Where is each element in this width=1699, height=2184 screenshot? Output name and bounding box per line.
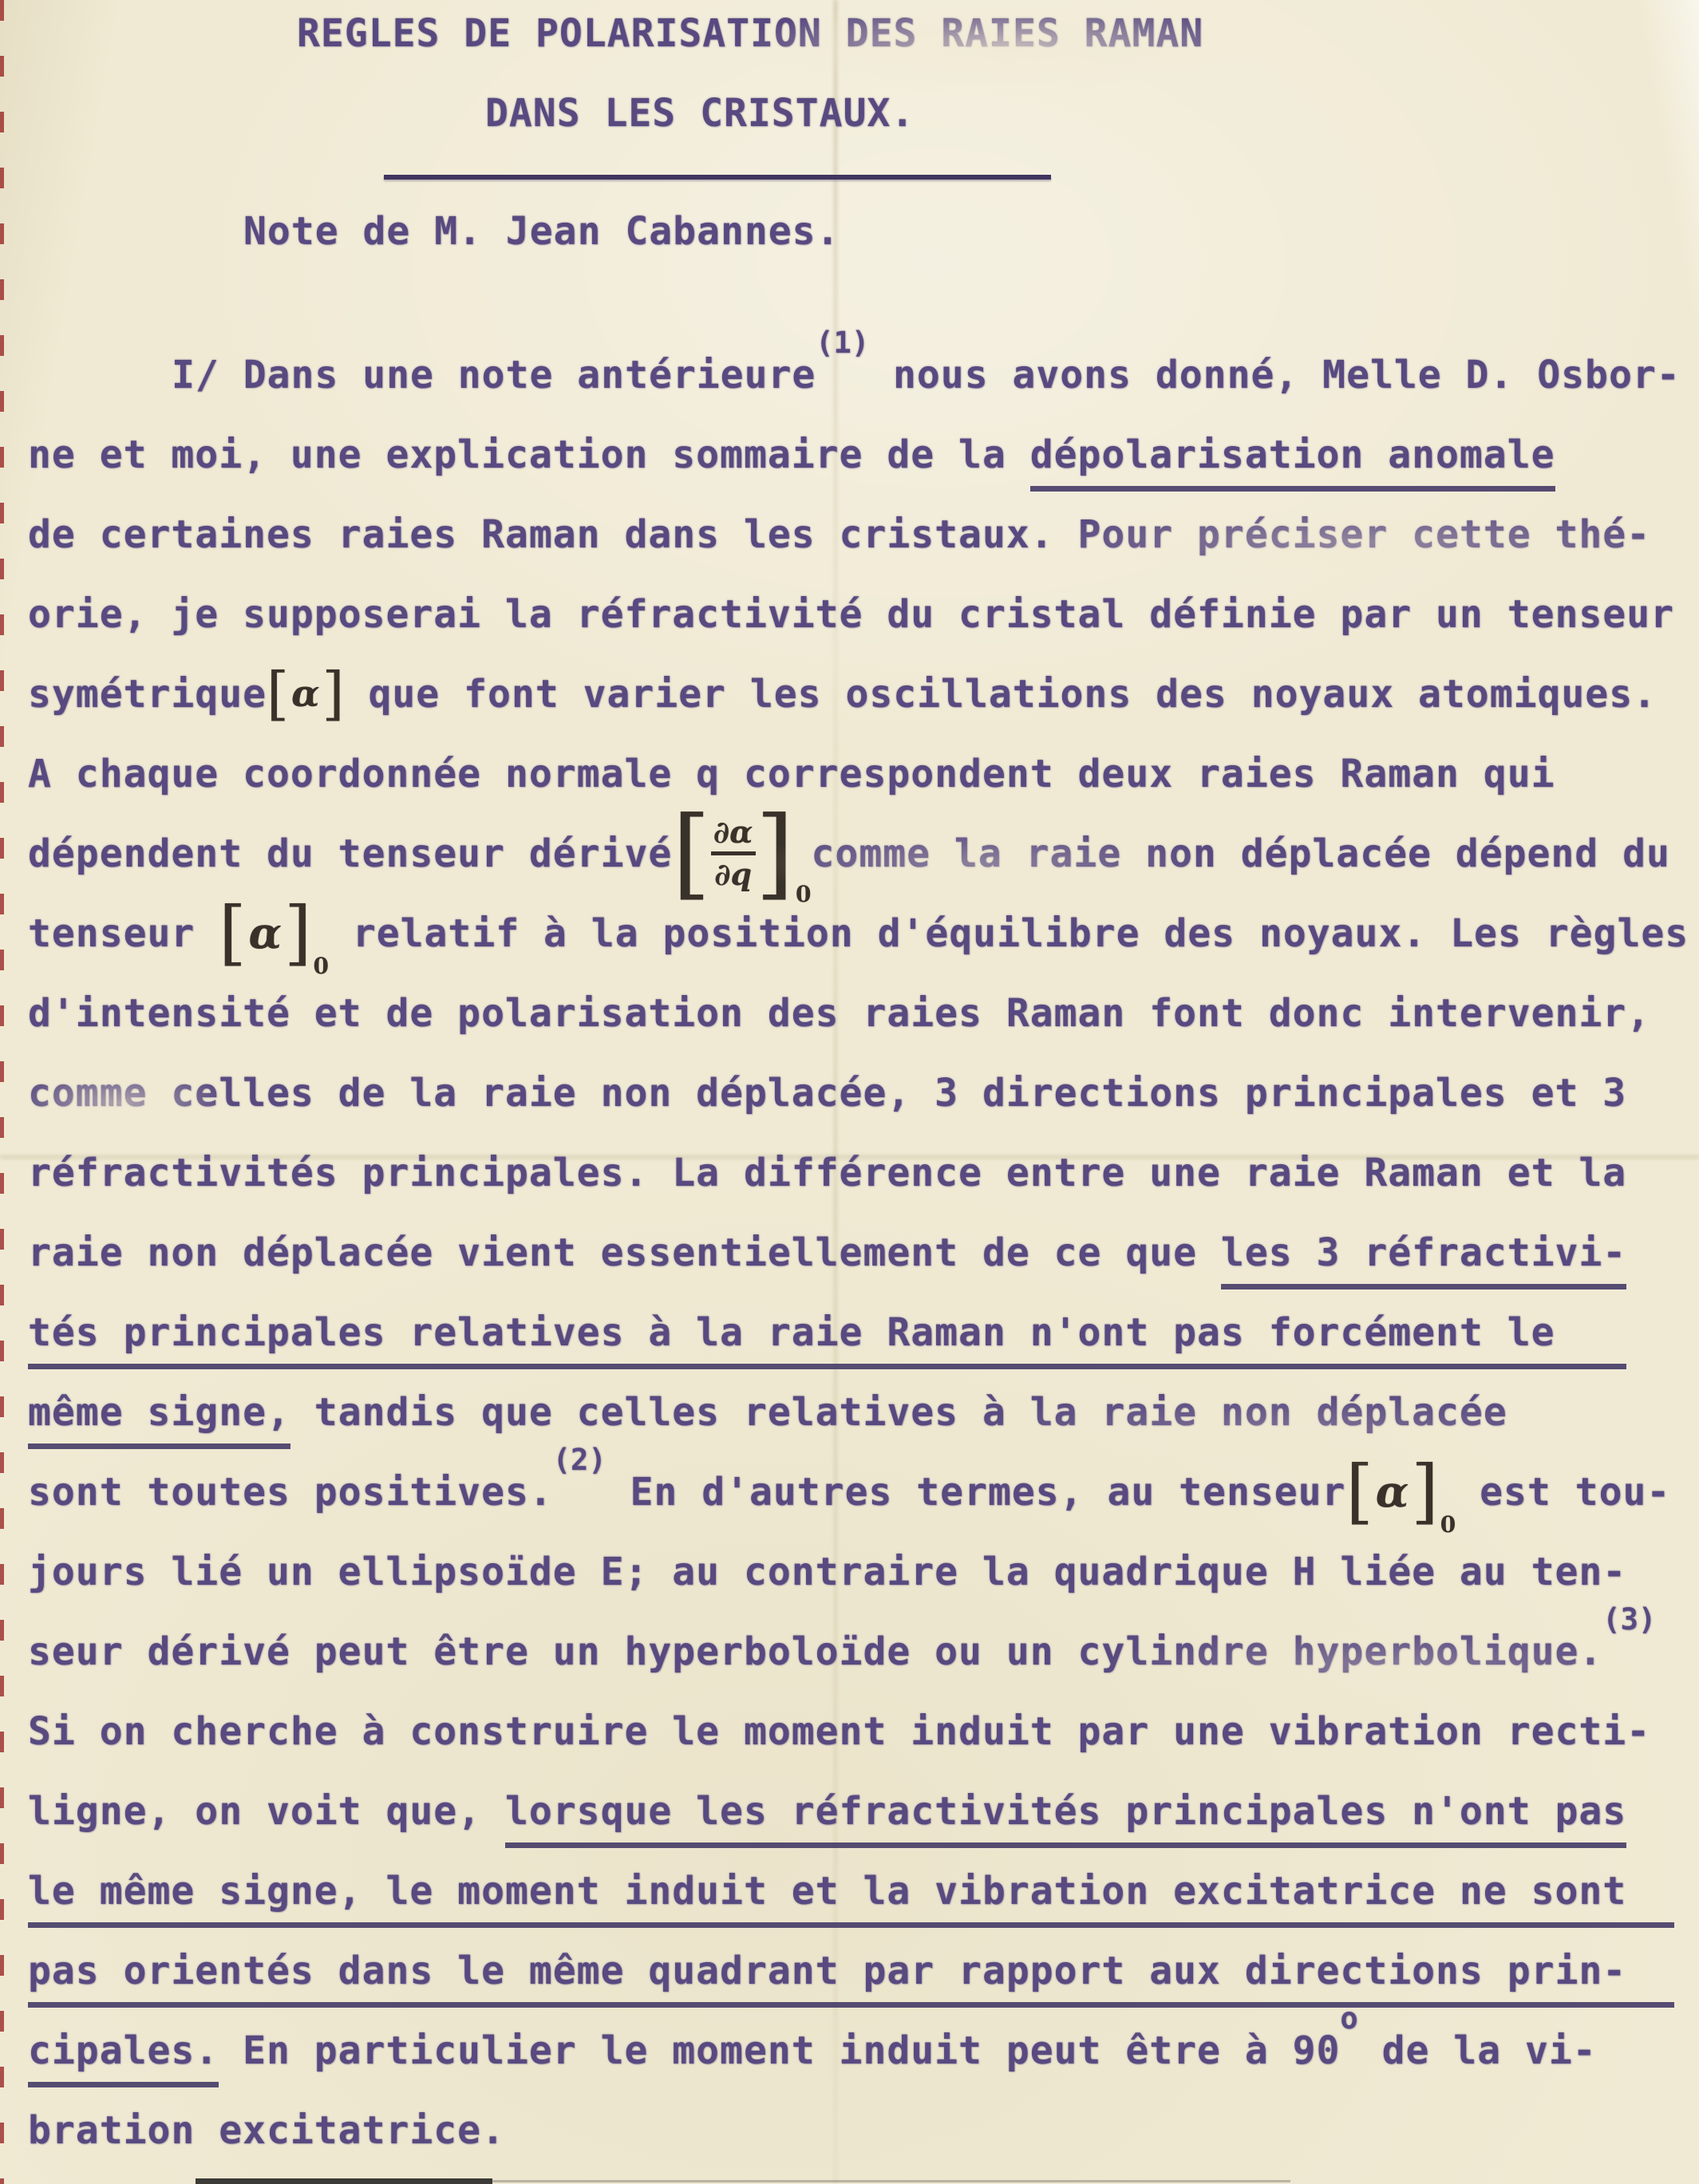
document-body: I/ Dans une note antérieure(1) nous avon… (28, 335, 1699, 2170)
underlined-text: cipales. (28, 2028, 219, 2087)
text-line: orie, je supposerai la réfractivité du c… (28, 575, 1699, 654)
text-line: ne et moi, une explication sommaire de l… (28, 415, 1699, 495)
text-run: réfractivités principales. La différence… (28, 1151, 1626, 1195)
scan-edge-red-marks (0, 0, 4, 2184)
text-line: même signe, tandis que celles relatives … (28, 1372, 1699, 1452)
text-run: de la vi- (1358, 2028, 1597, 2073)
text-line: seur dérivé peut être un hyperboloïde ou… (28, 1612, 1699, 1692)
text-run: bration excitatrice. (28, 2108, 505, 2153)
text-run: est tou- (1456, 1470, 1670, 1515)
document-page: REGLES DE POLARISATION DES RAIES RAMAN D… (0, 0, 1699, 2184)
alpha-symbol: α (289, 665, 322, 721)
underlined-text: tés principales relatives à la raie Rama… (28, 1310, 1626, 1369)
text-run: jours lié un ellipsoïde E; au contraire … (28, 1550, 1626, 1594)
document-title-line-1: REGLES DE POLARISATION DES RAIES RAMAN (297, 0, 1203, 73)
document-title-line-2: DANS LES CRISTAUX. (485, 73, 915, 153)
open-bracket: [ (672, 823, 710, 883)
text-line: réfractivités principales. La différence… (28, 1133, 1699, 1213)
text-run: nous avons donné, Melle D. Osbor- (869, 353, 1681, 397)
text-run: relatif à la position d'équilibre des no… (329, 911, 1689, 956)
text-run: raie non déplacée vient essentiellement … (28, 1230, 1221, 1275)
text-line: I/ Dans une note antérieure(1) nous avon… (28, 335, 1699, 415)
open-bracket: [ (219, 905, 246, 961)
text-run: tandis que celles relatives à la raie no… (290, 1390, 1507, 1435)
fraction-bar (711, 851, 756, 855)
underlined-text: dépolarisation anomale (1030, 432, 1555, 492)
text-run: ne et moi, une explication sommaire de l… (28, 432, 1030, 477)
text-line: pas orientés dans le même quadrant par r… (28, 1931, 1699, 2011)
text-line: le même signe, le moment induit et la vi… (28, 1851, 1699, 1931)
text-line: de certaines raies Raman dans les crista… (28, 495, 1699, 575)
close-bracket: ] (756, 823, 794, 883)
footnote-marker: (1) (816, 326, 869, 360)
text-line: d'intensité et de polarisation des raies… (28, 974, 1699, 1053)
math-alpha0-tensor: [α]0 (219, 905, 329, 961)
text-run: seur dérivé peut être un hyperboloïde ou… (28, 1629, 1602, 1674)
text-run: sont toutes positives. (28, 1470, 553, 1515)
fraction-stack: ∂α∂q (711, 823, 756, 883)
text-line: bration excitatrice. (28, 2091, 1699, 2170)
open-bracket: [ (267, 665, 289, 721)
scan-edge-bottom-line (196, 2178, 492, 2184)
title-rule (384, 175, 1051, 180)
text-run: Si on cherche à construire le moment ind… (28, 1709, 1650, 1754)
text-run: tenseur (28, 911, 219, 956)
close-bracket: ] (284, 905, 311, 961)
math-alpha-tensor: [α] (267, 665, 345, 721)
underlined-text: pas orientés dans le même quadrant par r… (28, 1949, 1674, 2008)
text-line: A chaque coordonnée normale q correspond… (28, 734, 1699, 814)
text-run: En d'autres termes, au tenseur (607, 1470, 1346, 1515)
footnote-marker: (2) (553, 1443, 607, 1477)
text-run: que font varier les oscillations des noy… (345, 672, 1657, 717)
text-line: tenseur [α]0 relatif à la position d'équ… (28, 894, 1699, 974)
text-line: raie non déplacée vient essentiellement … (28, 1213, 1699, 1293)
text-run: A chaque coordonnée normale q correspond… (28, 752, 1555, 796)
text-line: dépendent du tenseur dérivé[∂α∂q]0comme … (28, 814, 1699, 894)
text-line: symétrique[α] que font varier les oscill… (28, 654, 1699, 734)
underlined-text: les 3 réfractivi- (1221, 1230, 1626, 1289)
open-bracket: [ (1345, 1463, 1373, 1519)
text-run: I/ Dans une note antérieure (172, 353, 816, 397)
text-run: ligne, on voit que, (28, 1789, 505, 1834)
text-line: comme celles de la raie non déplacée, 3 … (28, 1053, 1699, 1133)
text-run: dépendent du tenseur dérivé (28, 831, 672, 876)
scan-edge-bottom-shadow (492, 2180, 1290, 2182)
text-run: En particulier le moment induit peut êtr… (219, 2028, 1340, 2073)
footnote-marker: (3) (1602, 1602, 1656, 1637)
text-run: de certaines raies Raman dans les crista… (28, 512, 1650, 557)
text-line: sont toutes positives.(2) En d'autres te… (28, 1452, 1699, 1532)
subscript-zero: 0 (313, 938, 328, 994)
fraction-numerator: ∂α (713, 816, 753, 849)
subscript-zero: 0 (1440, 1497, 1456, 1553)
document-byline: Note de M. Jean Cabannes. (243, 192, 840, 271)
text-run: comme la raie non déplacée dépend du (812, 831, 1670, 876)
fraction-denominator: ∂q (714, 858, 752, 891)
text-line: cipales. En particulier le moment induit… (28, 2011, 1699, 2091)
underlined-text: même signe, (28, 1390, 290, 1449)
math-dfrac-derived-tensor: [∂α∂q]0 (672, 823, 811, 883)
text-run: symétrique (28, 672, 267, 717)
text-run: comme celles de la raie non déplacée, 3 … (28, 1071, 1626, 1116)
subscript-zero: 0 (796, 867, 811, 922)
close-bracket: ] (322, 665, 344, 721)
footnote-marker: o (1340, 2001, 1357, 2036)
text-run: orie, je supposerai la réfractivité du c… (28, 592, 1674, 637)
text-line: Si on cherche à construire le moment ind… (28, 1692, 1699, 1771)
text-line: tés principales relatives à la raie Rama… (28, 1293, 1699, 1372)
underlined-text: lorsque les réfractivités principales n'… (505, 1789, 1626, 1848)
text-line: ligne, on voit que, lorsque les réfracti… (28, 1771, 1699, 1851)
math-alpha0-tensor: [α]0 (1345, 1463, 1456, 1519)
text-run: d'intensité et de polarisation des raies… (28, 991, 1650, 1036)
underlined-text: le même signe, le moment induit et la vi… (28, 1869, 1674, 1928)
alpha-symbol: α (247, 905, 285, 961)
close-bracket: ] (1411, 1463, 1438, 1519)
alpha-symbol: α (1373, 1463, 1412, 1519)
